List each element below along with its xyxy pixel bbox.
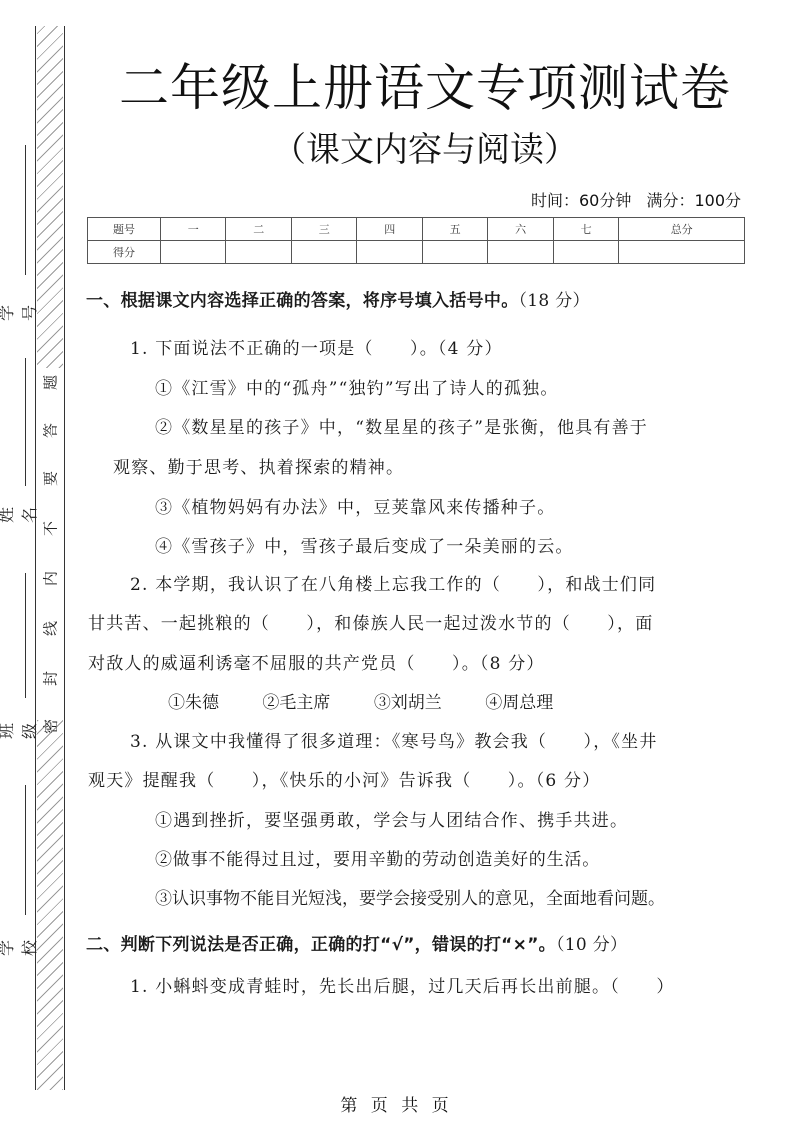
score-cell[interactable] xyxy=(357,241,422,264)
question-1-2: 2. 本学期，我认识了在八角楼上忘我工作的（ ），和战士们同 xyxy=(130,570,656,595)
score-cell[interactable] xyxy=(161,241,226,264)
option-line: ①遇到挫折，要坚强勇敢，学会与人团结合作、携手共进。 xyxy=(155,806,628,831)
student-id-line[interactable] xyxy=(25,145,26,275)
name-options: ①朱德 ②毛主席 ③刘胡兰 ④周总理 xyxy=(168,688,591,713)
seal-char: 要 xyxy=(40,467,61,491)
seal-char: 题 xyxy=(40,371,61,395)
score-cell[interactable] xyxy=(488,241,553,264)
score-table-score-row: 得分 xyxy=(88,241,745,264)
score-table-header-cell: 六 xyxy=(488,218,553,241)
question-1-3: 3. 从课文中我懂得了很多道理：《寒号鸟》教会我（ ），《坐井 xyxy=(130,727,658,752)
seal-char: 不 xyxy=(40,517,61,541)
section-points: （10 分） xyxy=(556,935,627,955)
page-footer: 第 页 共 页 xyxy=(0,1091,793,1116)
score-table-header-cell: 二 xyxy=(226,218,291,241)
name-line[interactable] xyxy=(25,358,26,486)
seal-char: 内 xyxy=(40,567,61,591)
score-table-header-cell: 一 xyxy=(161,218,226,241)
score-cell[interactable] xyxy=(291,241,356,264)
option-line: ②《数星星的孩子》中，“数星星的孩子”是张衡，他具有善于 xyxy=(155,413,648,438)
score-table-header-cell: 五 xyxy=(422,218,487,241)
score-table-header-row: 题号 一 二 三 四 五 六 七 总分 xyxy=(88,218,745,241)
seal-char: 答 xyxy=(40,419,61,443)
option-item: ①朱德 xyxy=(168,688,219,713)
option-line: ③《植物妈妈有办法》中，豆荚靠风来传播种子。 xyxy=(155,493,555,518)
student-id-label: 学号 xyxy=(0,300,40,326)
question-1-3-continued: 观天》提醒我（ ），《快乐的小河》告诉我（ ）。（6 分） xyxy=(88,766,600,791)
option-line: ②做事不能得过且过，要用辛勤的劳动创造美好的生活。 xyxy=(155,845,600,870)
section-points: （18 分） xyxy=(519,291,590,311)
option-line: ④《雪孩子》中，雪孩子最后变成了一朵美丽的云。 xyxy=(155,532,574,557)
page-title: 二年级上册语文专项测试卷 xyxy=(100,48,750,120)
score-cell[interactable] xyxy=(226,241,291,264)
full-score: 满分：100分 xyxy=(646,191,741,210)
score-table: 题号 一 二 三 四 五 六 七 总分 得分 xyxy=(87,217,745,264)
time-limit: 时间：60分钟 xyxy=(531,191,631,210)
option-item: ③刘胡兰 xyxy=(374,688,442,713)
score-cell-total[interactable] xyxy=(619,241,745,264)
question-1-2-continued: 对敌人的威逼利诱毫不屈服的共产党员（ ）。（8 分） xyxy=(88,649,545,674)
score-table-header-cell: 总分 xyxy=(619,218,745,241)
score-row-label: 得分 xyxy=(88,241,161,264)
option-item: ④周总理 xyxy=(485,688,553,713)
question-1-1: 1. 下面说法不正确的一项是（ ）。（4 分） xyxy=(130,334,503,359)
question-1-2-continued: 甘共苦、一起挑粮的（ ），和傣族人民一起过泼水节的（ ），面 xyxy=(88,609,653,634)
option-line: ①《江雪》中的“孤舟”“独钓”写出了诗人的孤独。 xyxy=(155,374,559,399)
seal-char: 密 xyxy=(40,715,61,739)
class-line[interactable] xyxy=(25,573,26,698)
option-line: ③认识事物不能目光短浅，要学会接受别人的意见，全面地看问题。 xyxy=(155,884,665,909)
score-table-header-cell: 四 xyxy=(357,218,422,241)
binding-margin: 题 答 要 不 内 线 封 密 学号 姓名 班级 学校 xyxy=(0,0,72,1122)
option-item: ②毛主席 xyxy=(262,688,330,713)
page-subtitle: （课文内容与阅读） xyxy=(100,122,750,171)
school-line[interactable] xyxy=(25,785,26,915)
seal-char: 线 xyxy=(40,617,61,641)
seal-char: 封 xyxy=(40,667,61,691)
name-label: 姓名 xyxy=(0,502,40,528)
question-2-1: 1. 小蝌蚪变成青蛙时，先长出后腿，过几天后再长出前腿。（ ） xyxy=(130,972,675,997)
score-cell[interactable] xyxy=(553,241,618,264)
exam-meta: 时间：60分钟 满分：100分 xyxy=(521,188,741,211)
binding-line-right xyxy=(64,26,65,1090)
score-table-header-cell: 七 xyxy=(553,218,618,241)
binding-line-left xyxy=(35,26,36,1090)
class-label: 班级 xyxy=(0,718,40,744)
section-heading-2: 二、判断下列说法是否正确，正确的打“√”，错误的打“×”。（10 分） xyxy=(86,930,627,955)
option-line-continued: 观察、勤于思考、执着探索的精神。 xyxy=(113,453,404,478)
school-label: 学校 xyxy=(0,935,40,961)
score-cell[interactable] xyxy=(422,241,487,264)
score-table-header-cell: 题号 xyxy=(88,218,161,241)
section-heading-1: 一、根据课文内容选择正确的答案，将序号填入括号中。（18 分） xyxy=(86,286,590,311)
score-table-header-cell: 三 xyxy=(291,218,356,241)
